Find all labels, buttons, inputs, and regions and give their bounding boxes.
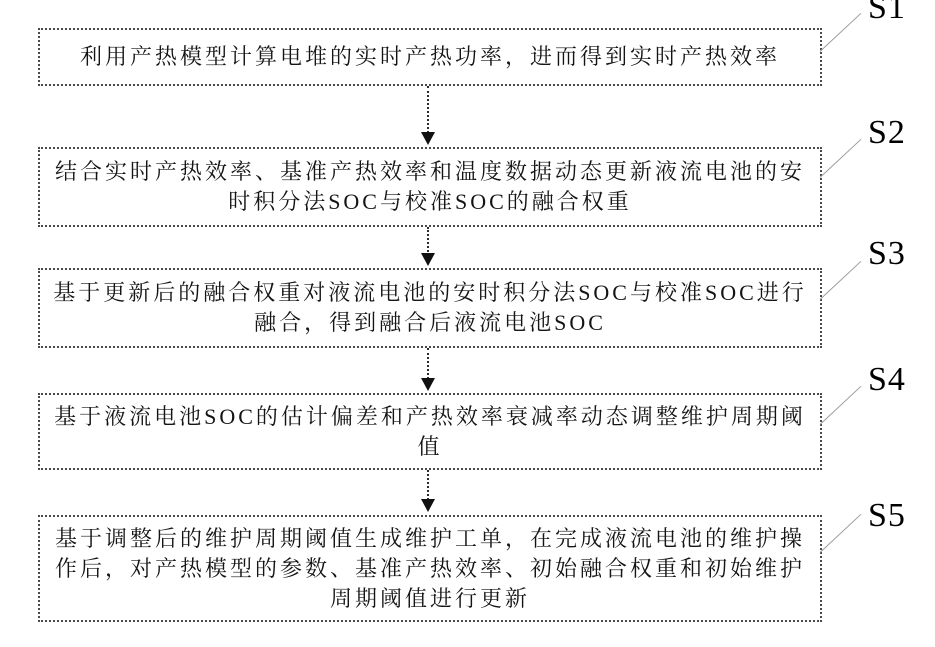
arrow-head-icon	[421, 253, 435, 266]
arrow-head-icon	[421, 132, 435, 145]
arrow-shaft	[427, 86, 429, 133]
arrow-shaft	[427, 470, 429, 500]
arrow-shaft	[427, 348, 429, 379]
step-label-s5: S5	[868, 499, 906, 533]
step-text-s3: 基于更新后的融合权重对液流电池的安时积分法SOC与校准SOC进行 融合，得到融合…	[48, 278, 812, 338]
step-text-s2: 结合实时产热效率、基准产热效率和温度数据动态更新液流电池的安 时积分法SOC与校…	[48, 157, 812, 217]
step-text-s1: 利用产热模型计算电堆的实时产热功率，进而得到实时产热效率	[48, 42, 812, 72]
leader-line-s3	[820, 261, 862, 300]
step-label-s2: S2	[868, 116, 906, 150]
leader-line-s2	[820, 139, 862, 178]
step-box-s3: 基于更新后的融合权重对液流电池的安时积分法SOC与校准SOC进行 融合，得到融合…	[38, 268, 822, 348]
leader-line-s1	[820, 13, 862, 52]
step-box-s2: 结合实时产热效率、基准产热效率和温度数据动态更新液流电池的安 时积分法SOC与校…	[38, 147, 822, 227]
step-text-s4: 基于液流电池SOC的估计偏差和产热效率衰减率动态调整维护周期阈 值	[48, 402, 812, 462]
step-label-s1: S1	[868, 0, 906, 25]
arrow-head-icon	[421, 378, 435, 391]
flowchart-diagram: 利用产热模型计算电堆的实时产热功率，进而得到实时产热效率 S1 结合实时产热效率…	[0, 0, 935, 647]
step-label-s4: S4	[868, 363, 906, 397]
step-box-s5: 基于调整后的维护周期阈值生成维护工单，在完成液流电池的维护操 作后，对产热模型的…	[38, 515, 822, 622]
step-text-s5: 基于调整后的维护周期阈值生成维护工单，在完成液流电池的维护操 作后，对产热模型的…	[48, 524, 812, 614]
step-label-s3: S3	[868, 237, 906, 271]
arrow-head-icon	[421, 499, 435, 512]
leader-line-s5	[820, 514, 862, 553]
step-box-s1: 利用产热模型计算电堆的实时产热功率，进而得到实时产热效率	[38, 28, 822, 86]
leader-line-s4	[820, 386, 862, 425]
arrow-shaft	[427, 227, 429, 255]
step-box-s4: 基于液流电池SOC的估计偏差和产热效率衰减率动态调整维护周期阈 值	[38, 393, 822, 470]
